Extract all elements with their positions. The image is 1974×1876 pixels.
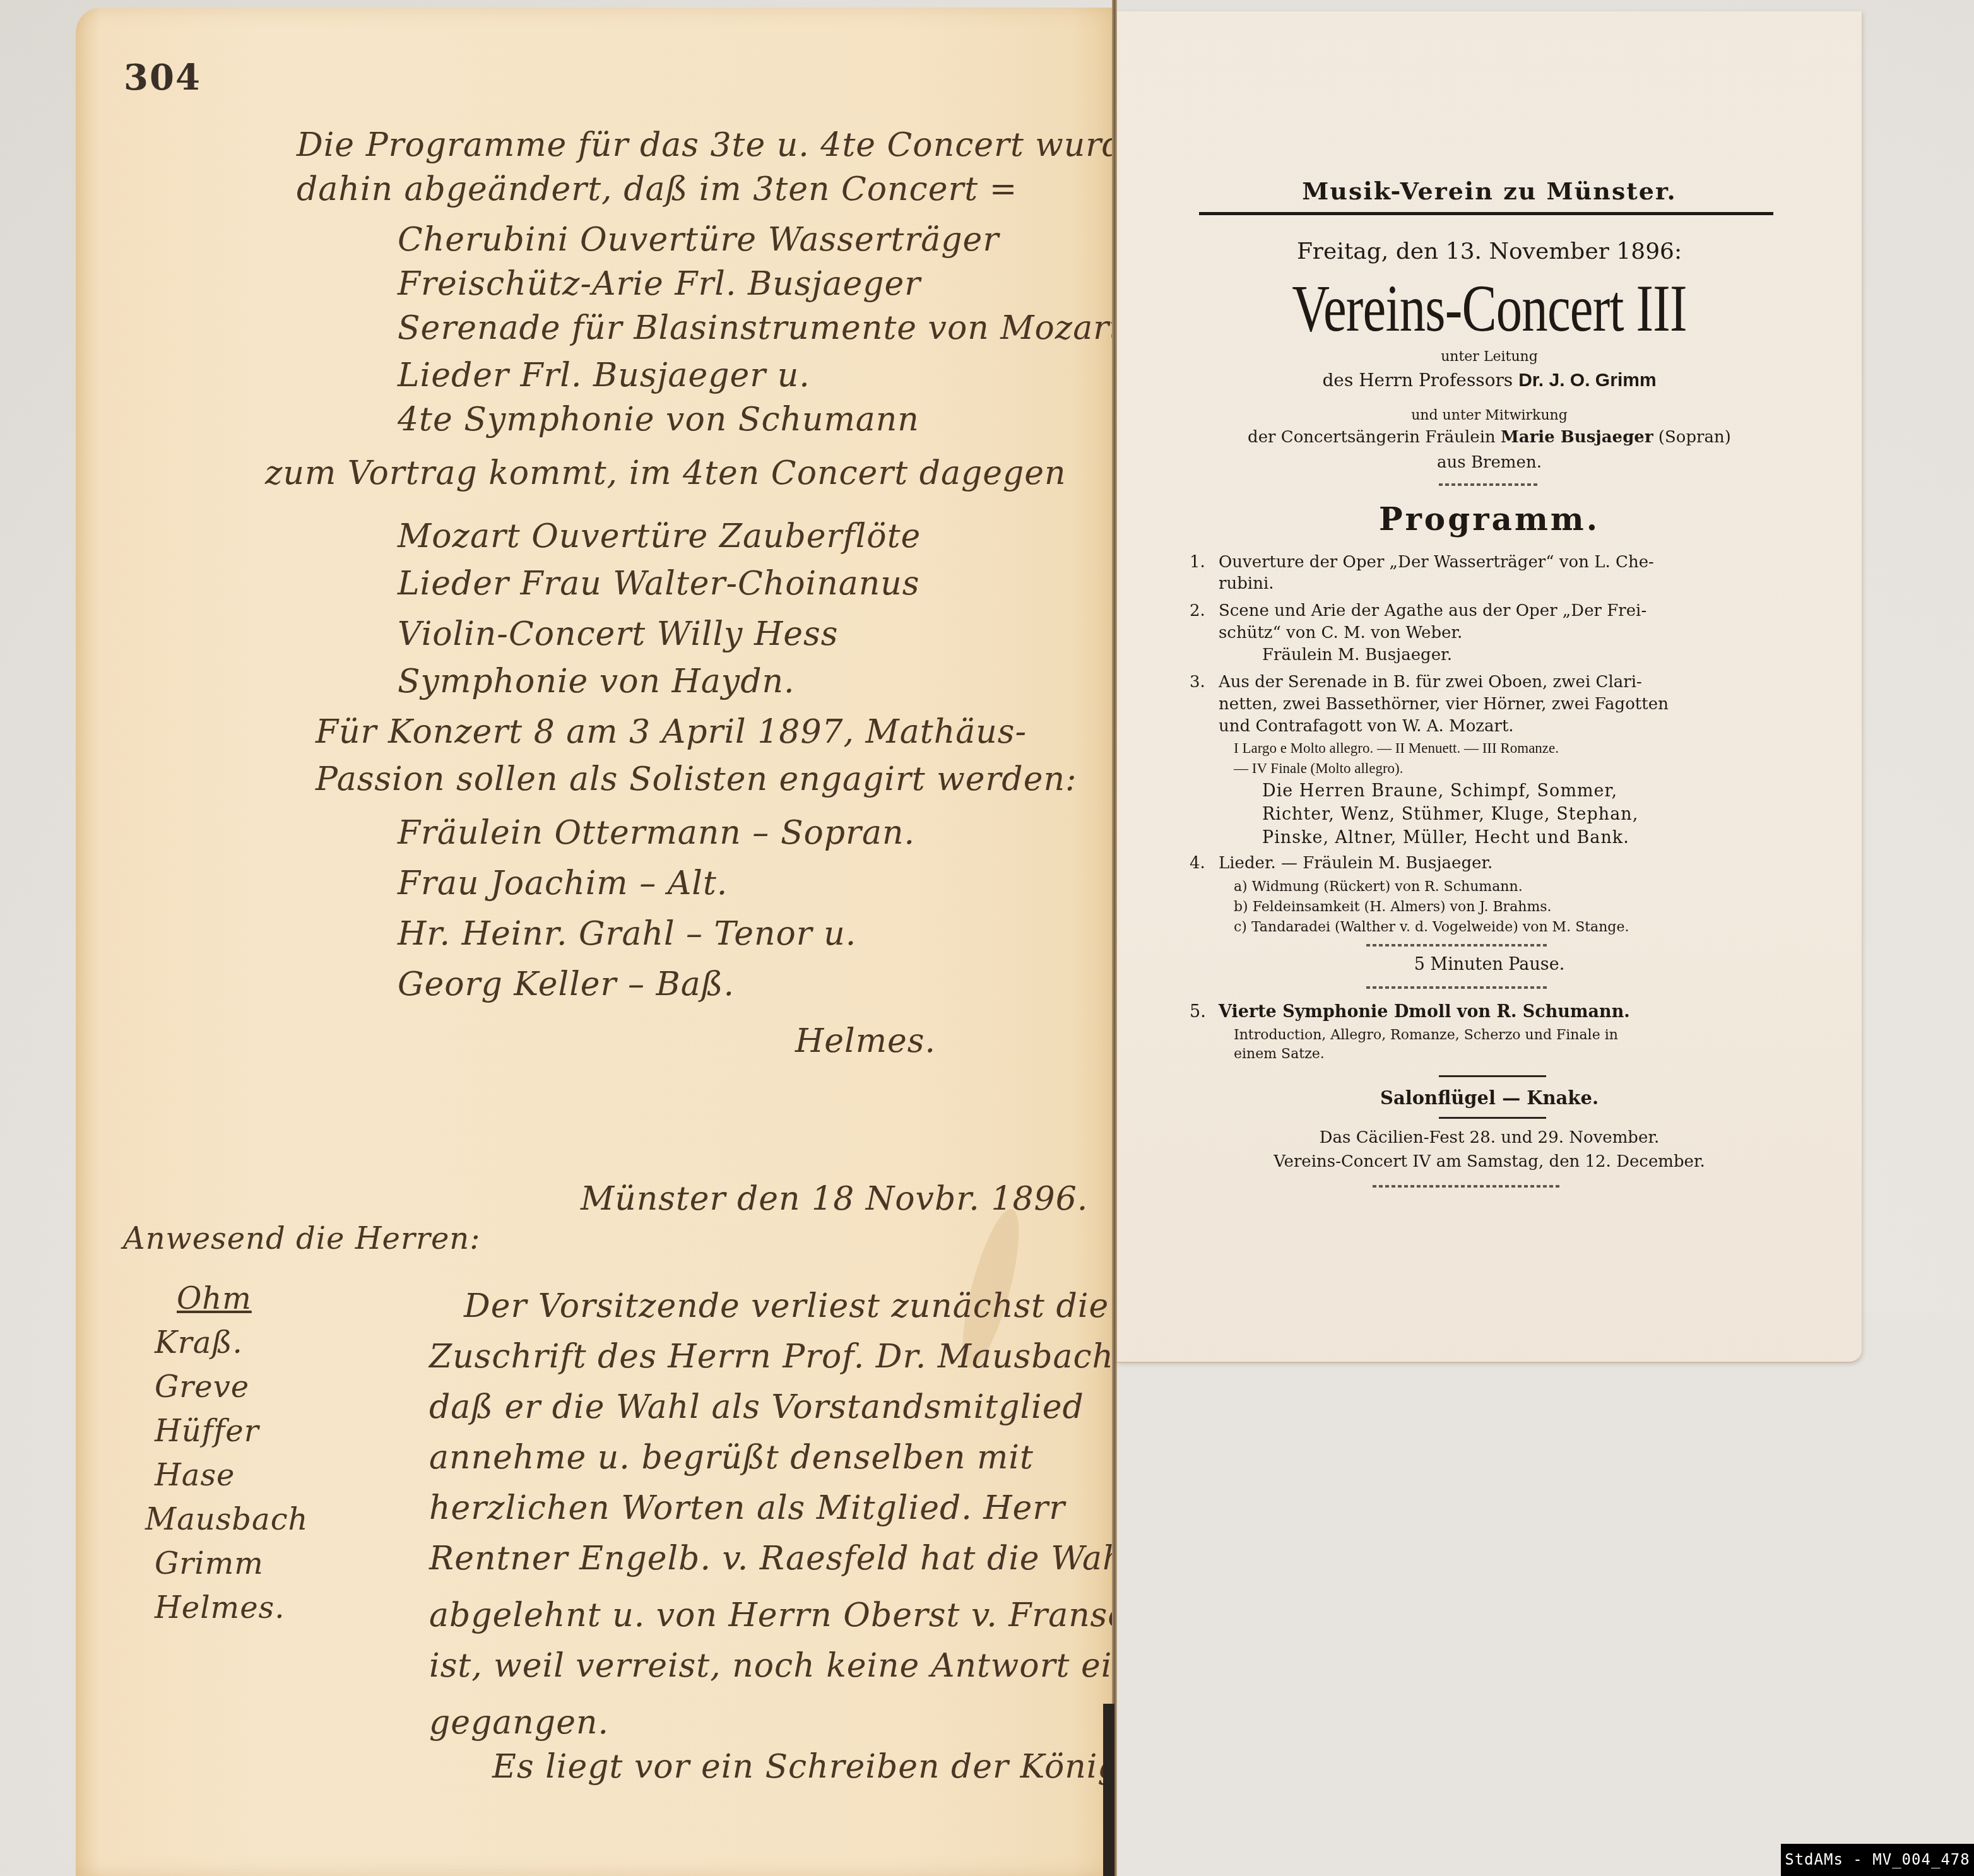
intermission: 5 Minuten Pause. (1117, 955, 1862, 974)
program-heading: Programm. (1117, 500, 1862, 538)
item-text: Aus der Serenade in B. für zwei Oboen, z… (1219, 673, 1642, 692)
item-performer: Fräulein M. Busjaeger. (1262, 646, 1452, 664)
program-item-line: und Contrafagott von W. A. Mozart. (1219, 717, 1514, 736)
conductor-line: des Herrn Professors Dr. J. O. Grimm (1117, 370, 1862, 391)
program-item-line: 2.Scene und Arie der Agathe aus der Oper… (1190, 601, 1646, 620)
handwritten-line: Für Konzert 8 am 3 April 1897, Mathäus- (316, 713, 1027, 751)
program-item-line: 4.Lieder. — Fräulein M. Busjaeger. (1190, 854, 1492, 873)
attendee: Grimm (155, 1546, 264, 1581)
handwritten-line: Hr. Heinr. Grahl – Tenor u. (398, 915, 856, 953)
movement-line: einem Satze. (1234, 1046, 1325, 1062)
item-text: Lieder. — Fräulein M. Busjaeger. (1219, 854, 1492, 873)
attendees-heading: Anwesend die Herren: (123, 1221, 480, 1256)
page-number: 304 (124, 57, 201, 98)
item-number: 1. (1190, 553, 1219, 572)
handwritten-line: Cherubini Ouvertüre Wasserträger (398, 221, 999, 259)
ornament-rule (1366, 944, 1549, 947)
movement-line: I Largo e Molto allegro. — II Menuett. —… (1234, 740, 1559, 757)
handwritten-line: 4te Symphonie von Schumann (398, 401, 919, 439)
item-number: 3. (1190, 673, 1219, 692)
direction-intro: unter Leitung (1117, 349, 1862, 365)
divider-rule (1439, 1117, 1546, 1119)
handwritten-line: Es liegt vor ein Schreiben der Königl. (492, 1748, 1142, 1786)
announcement-next-concert: Vereins-Concert IV am Samstag, den 12. D… (1117, 1152, 1862, 1171)
song-line: a) Widmung (Rückert) von R. Schumann. (1234, 879, 1523, 895)
soloist-voice: (Sopran) (1658, 428, 1731, 447)
concert-title: Vereins-Concert III (1199, 270, 1780, 347)
dateline: Münster den 18 Novbr. 1896. (581, 1180, 1088, 1218)
handwritten-line: Lieder Frl. Busjaeger u. (398, 357, 810, 394)
binding-shadow (1103, 1704, 1114, 1876)
handwritten-line: Freischütz-Arie Frl. Busjaeger (398, 265, 921, 303)
handwritten-line: dahin abgeändert, daß im 3ten Concert = (297, 170, 1017, 208)
society-name: Musik-Verein zu Münster. (1117, 177, 1862, 205)
handwritten-line: Mozart Ouvertüre Zauberflöte (398, 517, 921, 555)
attendee: Kraß. (155, 1325, 243, 1360)
handwritten-line: Violin-Concert Willy Hess (398, 615, 839, 653)
performers-line: Richter, Wenz, Stühmer, Kluge, Stephan, (1262, 805, 1638, 824)
header-rule (1199, 212, 1773, 215)
handwritten-line: Lieder Frau Walter-Choinanus (398, 565, 919, 603)
handwritten-line: Symphonie von Haydn. (398, 663, 795, 700)
concert-program-sheet: Musik-Verein zu Münster. Freitag, den 13… (1117, 11, 1862, 1363)
attendee: Hase (155, 1458, 235, 1493)
handwritten-line: Fräulein Ottermann – Sopran. (398, 814, 915, 852)
movement-line: Introduction, Allegro, Romanze, Scherzo … (1234, 1027, 1618, 1043)
song-line: c) Tandaradei (Walther v. d. Vogelweide)… (1234, 919, 1629, 935)
item-number: 4. (1190, 854, 1219, 873)
item-number: 5. (1190, 1002, 1219, 1022)
attendee: Greve (155, 1369, 249, 1405)
ornament-rule (1373, 1185, 1562, 1188)
concert-date: Freitag, den 13. November 1896: (1117, 239, 1862, 264)
handwritten-line: gegangen. (429, 1704, 609, 1742)
announcement-cecilia-fest: Das Cäcilien-Fest 28. und 29. November. (1117, 1128, 1862, 1147)
movement-line: — IV Finale (Molto allegro). (1234, 760, 1404, 777)
participation-intro: und unter Mitwirkung (1117, 408, 1862, 423)
handwritten-line: herzlichen Worten als Mitglied. Herr (429, 1489, 1065, 1527)
ornament-rule (1439, 483, 1540, 486)
item-number: 2. (1190, 601, 1219, 620)
handwritten-line: Die Programme für das 3te u. 4te Concert… (297, 126, 1166, 164)
piano-credit: Salonflügel — Knake. (1117, 1087, 1862, 1109)
handwritten-line: ist, weil verreist, noch keine Antwort e… (429, 1647, 1145, 1685)
soloist-prefix: der Concertsängerin Fräulein (1248, 428, 1496, 447)
item-text: Ouverture der Oper „Der Wasserträger“ vo… (1219, 553, 1654, 572)
program-item-line: 3.Aus der Serenade in B. für zwei Oboen,… (1190, 673, 1642, 692)
handwritten-line: zum Vortrag kommt, im 4ten Concert dageg… (265, 454, 1067, 492)
soloist-name: Marie Busjaeger (1501, 428, 1653, 447)
program-item-line: netten, zwei Bassethörner, vier Hörner, … (1219, 695, 1669, 714)
item-text: Scene und Arie der Agathe aus der Oper „… (1219, 601, 1646, 620)
archive-reference-label: StdAMs - MV_004_478 (1781, 1844, 1974, 1876)
signature: Helmes. (795, 1022, 936, 1060)
program-item-line: rubini. (1219, 574, 1274, 593)
divider-rule (1439, 1075, 1546, 1077)
program-item-line: 1.Ouverture der Oper „Der Wasserträger“ … (1190, 553, 1654, 572)
conductor-name: Dr. J. O. Grimm (1518, 370, 1656, 391)
song-line: b) Feldeinsamkeit (H. Almers) von J. Bra… (1234, 899, 1552, 915)
program-item-line: 5.Vierte Symphonie Dmoll von R. Schumann… (1190, 1002, 1630, 1022)
handwritten-line: Zuschrift des Herrn Prof. Dr. Mausbach, (429, 1338, 1125, 1376)
handwritten-line: annehme u. begrüßt denselben mit (429, 1439, 1034, 1477)
handwritten-line: Passion sollen als Solisten engagirt wer… (316, 760, 1077, 798)
performers-line: Pinske, Altner, Müller, Hecht und Bank. (1262, 828, 1629, 847)
handwritten-line: Frau Joachim – Alt. (398, 864, 728, 902)
attendee: Mausbach (145, 1502, 308, 1537)
attendee: Helmes. (155, 1590, 285, 1625)
handwritten-line: Serenade für Blasinstrumente von Mozart (398, 309, 1123, 347)
attendee: Ohm (177, 1281, 252, 1316)
handwritten-line: Der Vorsitzende verliest zunächst die (464, 1287, 1109, 1325)
ornament-rule (1366, 986, 1549, 989)
performers-line: Die Herren Braune, Schimpf, Sommer, (1262, 781, 1617, 801)
soloist-line: der Concertsängerin Fräulein Marie Busja… (1117, 428, 1862, 447)
book-spine (1112, 0, 1117, 1876)
facing-page (1117, 1313, 1974, 1876)
handwritten-line: daß er die Wahl als Vorstandsmitglied (429, 1388, 1084, 1426)
attendee: Hüffer (155, 1413, 259, 1449)
soloist-origin: aus Bremen. (1117, 453, 1862, 472)
conductor-prefix: des Herrn Professors (1322, 370, 1513, 391)
item-text: Vierte Symphonie Dmoll von R. Schumann. (1219, 1002, 1630, 1022)
handwritten-line: Rentner Engelb. v. Raesfeld hat die Wahl (429, 1540, 1135, 1578)
handwritten-line: Georg Keller – Baß. (398, 965, 735, 1003)
handwritten-line: abgelehnt u. von Herrn Oberst v. Fransec… (429, 1596, 1186, 1634)
program-item-line: schütz“ von C. M. von Weber. (1219, 623, 1462, 642)
